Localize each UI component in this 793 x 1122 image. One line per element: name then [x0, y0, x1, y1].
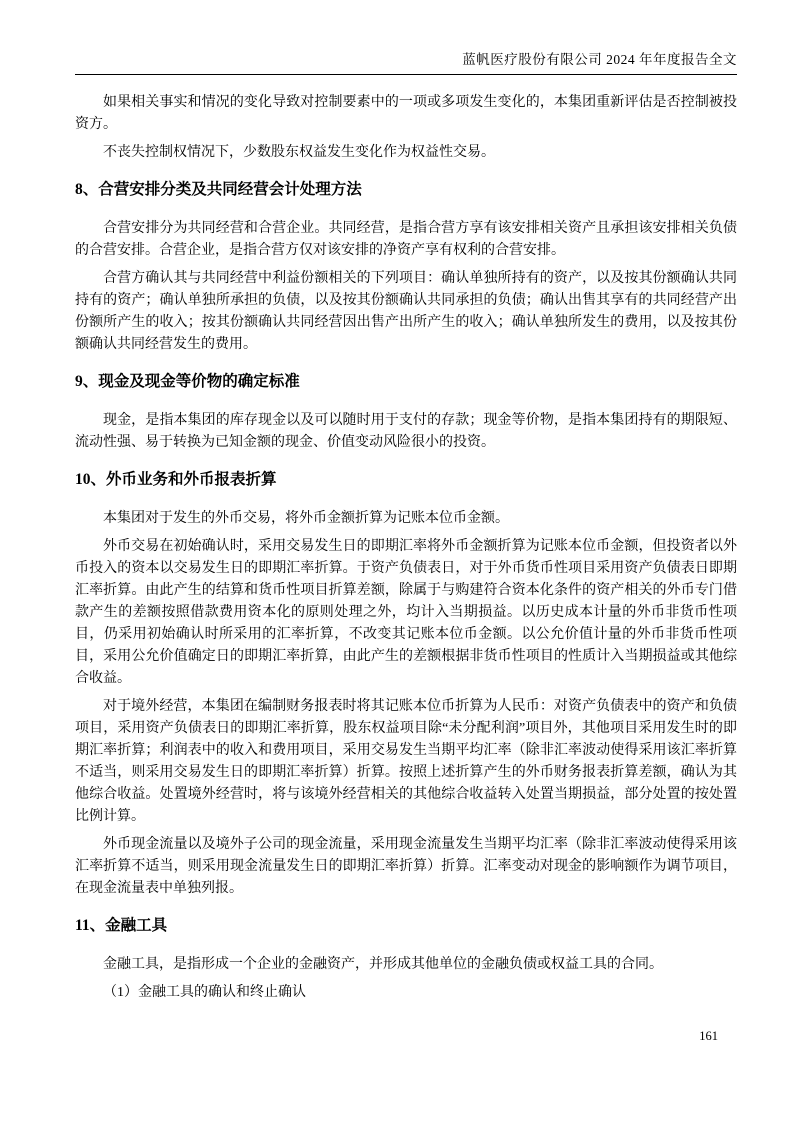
section-heading-10: 10、外币业务和外币报表折算 [75, 468, 737, 492]
body-paragraph: （1）金融工具的确认和终止确认 [75, 982, 737, 1004]
document-body: 如果相关事实和情况的变化导致对控制要素中的一项或多项发生变化的，本集团重新评估是… [75, 92, 737, 1010]
body-paragraph: 金融工具，是指形成一个企业的金融资产，并形成其他单位的金融负债或权益工具的合同。 [75, 954, 737, 976]
page-number: 161 [699, 1029, 718, 1043]
body-paragraph: 本集团对于发生的外币交易，将外币金额折算为记账本位币金额。 [75, 508, 737, 530]
body-paragraph: 外币现金流量以及境外子公司的现金流量，采用现金流量发生当期平均汇率（除非汇率波动… [75, 834, 737, 900]
body-paragraph: 外币交易在初始确认时，采用交易发生日的即期汇率将外币金额折算为记账本位币金额，但… [75, 536, 737, 690]
page-header: 蓝帆医疗股份有限公司 2024 年年度报告全文 [75, 0, 737, 75]
report-header-title: 蓝帆医疗股份有限公司 2024 年年度报告全文 [462, 52, 737, 67]
body-paragraph: 不丧失控制权情况下，少数股东权益发生变化作为权益性交易。 [75, 142, 737, 164]
body-paragraph: 对于境外经营，本集团在编制财务报表时将其记账本位币折算为人民币：对资产负债表中的… [75, 696, 737, 828]
body-paragraph: 如果相关事实和情况的变化导致对控制要素中的一项或多项发生变化的，本集团重新评估是… [75, 92, 737, 136]
report-page: 蓝帆医疗股份有限公司 2024 年年度报告全文 如果相关事实和情况的变化导致对控… [0, 0, 793, 1122]
body-paragraph: 现金，是指本集团的库存现金以及可以随时用于支付的存款；现金等价物，是指本集团持有… [75, 410, 737, 454]
section-heading-8: 8、合营安排分类及共同经营会计处理方法 [75, 178, 737, 202]
body-paragraph: 合营安排分为共同经营和合营企业。共同经营，是指合营方享有该安排相关资产且承担该安… [75, 218, 737, 262]
section-heading-11: 11、金融工具 [75, 914, 737, 938]
section-heading-9: 9、现金及现金等价物的确定标准 [75, 370, 737, 394]
body-paragraph: 合营方确认其与共同经营中利益份额相关的下列项目：确认单独所持有的资产，以及按其份… [75, 268, 737, 356]
